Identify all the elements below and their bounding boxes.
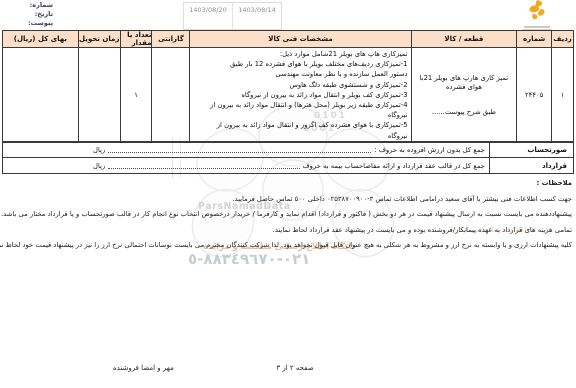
note-line: کلیه پیشنهادات ارزی و یا وابسته به نرخ ا… — [2, 241, 572, 249]
spec-line: نیروگاه — [193, 110, 407, 120]
item-title: تمیز کاری هارپ های بویلر 21با هوای فشرده — [416, 74, 512, 92]
cell-radif: ۱ — [551, 48, 573, 142]
header-meta: شماره: تاریخ: پیوست: — [28, 1, 53, 28]
company-logo-icon — [526, 0, 548, 20]
spec-line: 5-تمیزکاری با هوای فشرده کف اگزوز و انتق… — [193, 120, 407, 130]
date-value: 1403/08/14 — [233, 3, 281, 29]
date-value: 1403/08/20 — [184, 3, 233, 29]
cell-total-price — [3, 48, 78, 142]
table-header-row: ردیف شماره قطعه / کالا مشخصات فنی کالا گ… — [3, 31, 573, 47]
col-header-shomareh: شماره — [516, 31, 551, 47]
company-logo — [522, 0, 552, 31]
cell-item: تمیز کاری هارپ های بویلر 21با هوای فشرده… — [411, 48, 517, 142]
logo-caption-line — [524, 26, 550, 28]
spec-line: دستور العمل سازنده و با نظر معاونت مهندس… — [193, 69, 407, 79]
summary-label: قرارداد — [489, 158, 573, 173]
cell-quantity: ۱ — [120, 48, 152, 142]
cell-specs: تمیزکاری هاپ های بویلر 21شامل موارد ذیل:… — [189, 48, 410, 142]
notes-title: ملاحظات : — [2, 179, 572, 187]
col-header-item: قطعه / کالا — [411, 31, 517, 47]
col-header-specs: مشخصات فنی کالا — [189, 31, 410, 47]
notes-section: ملاحظات : جهت کسب اطلاعات فنی بیشتر با آ… — [2, 179, 572, 249]
summary-text: جمع کل بدون ارزش افزوده به حروف : — [374, 146, 485, 154]
cell-warranty — [151, 48, 189, 142]
note-line: تمامی هزینه های قرارداد به عهده پیمانکار… — [2, 226, 572, 234]
note-line: جهت کسب اطلاعات فنی بیشتر با آقای سعید د… — [2, 195, 572, 203]
summary-row-invoice: صورتحساب جمع کل بدون ارزش افزوده به حروف… — [3, 142, 573, 157]
summary-content: جمع کل در قالب عقد قرارداد و ارائه مفاصا… — [3, 158, 489, 173]
col-header-warranty: گارانتی — [151, 31, 189, 47]
currency-unit: ریال — [93, 162, 105, 170]
seller-signature-label: مهر و امضا فروشنده — [113, 364, 174, 372]
summary-content: جمع کل بدون ارزش افزوده به حروف : ریال — [3, 142, 489, 157]
dotted-leader — [108, 151, 371, 153]
items-table: ردیف شماره قطعه / کالا مشخصات فنی کالا گ… — [2, 30, 574, 143]
spec-line: 3-تمیزکاری کف بویلر و انتقال مواد زائد ب… — [193, 90, 407, 100]
spec-line: نیروگاه — [193, 131, 407, 141]
inquiry-form-page: 0101 1001 ParsNamadData اطلاعات مناقصات … — [0, 0, 576, 388]
date-label: تاریخ: — [28, 10, 53, 19]
attachment-label: پیوست: — [28, 19, 53, 28]
table-row: ۱ ۲۴۴۰۵ تمیز کاری هارپ های بویلر 21با هو… — [3, 47, 573, 142]
summary-label: صورتحساب — [489, 142, 573, 157]
currency-unit: ریال — [93, 146, 105, 154]
spec-line: 4-تمیزکاری طبقه زیر بویلر (محل هترها) و … — [193, 100, 407, 110]
summary-table: صورتحساب جمع کل بدون ارزش افزوده به حروف… — [2, 141, 574, 174]
dates-box: 1403/08/20 1403/08/14 — [183, 2, 282, 30]
col-header-radif: ردیف — [551, 31, 573, 47]
summary-row-contract: قرارداد جمع کل در قالب عقد قرارداد و ارا… — [3, 157, 573, 173]
item-note: طبق شرح پیوست...... — [432, 108, 496, 116]
col-header-quantity: تعداد یا مقدار — [120, 31, 152, 47]
cell-shomareh: ۲۴۴۰۵ — [516, 48, 551, 142]
cell-delivery — [78, 48, 120, 142]
spec-line: 1-تمیزکاری ردیف‌های مختلف بویلر با هوای … — [193, 59, 407, 69]
spec-line: 2-تمیزکاری و شستشوی طبقه دلگ هاوس — [193, 80, 407, 90]
summary-text: جمع کل در قالب عقد قرارداد و ارائه مفاصا… — [303, 162, 485, 170]
col-header-total-price: بهای کل (ریال) — [3, 31, 78, 47]
document-content: شماره: تاریخ: پیوست: 1403/08/20 1403/08/… — [0, 0, 576, 388]
dotted-leader — [108, 167, 299, 169]
spec-line: تمیزکاری هاپ های بویلر 21شامل موارد ذیل: — [193, 49, 407, 59]
note-line: پیشنهاددهنده می بایست نسبت به ارسال پیشن… — [2, 210, 572, 218]
col-header-delivery: زمان تحویل — [78, 31, 120, 47]
page-indicator: صفحه ۲ از ۳ — [250, 364, 340, 372]
number-label: شماره: — [28, 1, 53, 10]
